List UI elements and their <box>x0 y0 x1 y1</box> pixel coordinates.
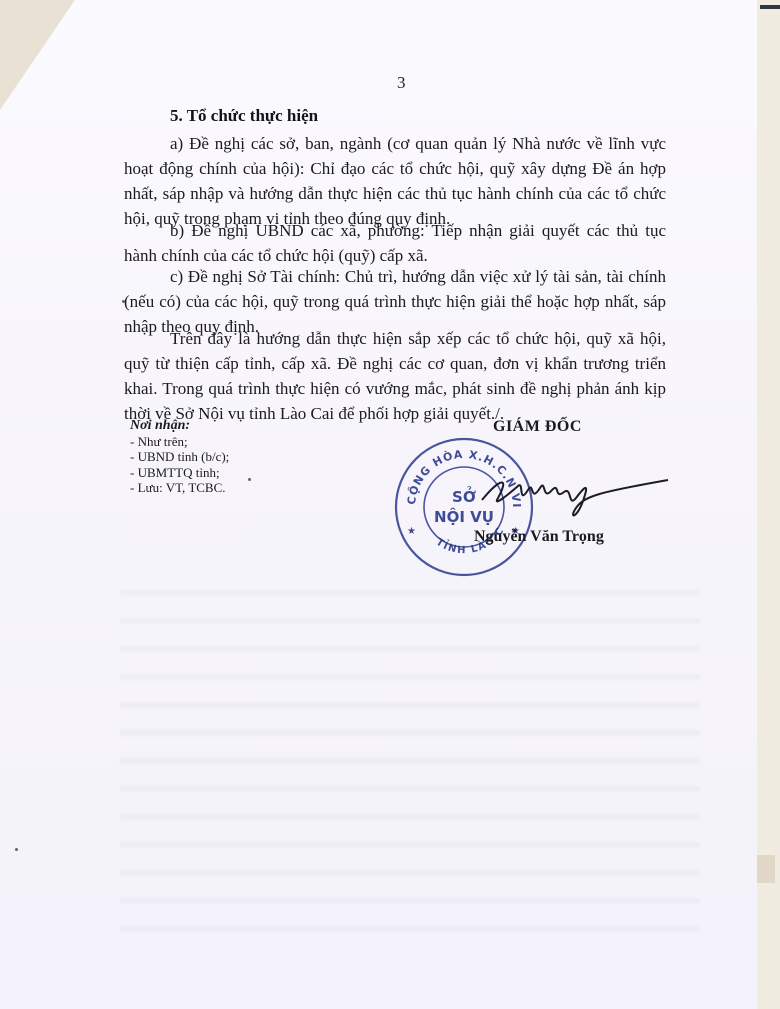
folded-corner <box>0 0 75 110</box>
recipient-item: - Như trên; <box>130 434 229 450</box>
scan-speck <box>15 848 18 851</box>
signer-name: Nguyễn Văn Trọng <box>474 528 604 546</box>
paragraph-b: b) Đề nghị UBND các xã, phường: Tiếp nhậ… <box>124 218 666 268</box>
document-page: 3 5. Tổ chức thực hiện a) Đề nghị các sở… <box>0 0 757 1009</box>
svg-text:SỞ: SỞ <box>452 485 476 506</box>
recipient-item: - UBMTTQ tỉnh; <box>130 465 229 481</box>
page-number: 3 <box>397 73 406 93</box>
scan-speck <box>248 478 251 481</box>
paragraph-a: a) Đề nghị các sở, ban, ngành (cơ quan q… <box>124 131 666 231</box>
recipients-title: Nơi nhận: <box>130 418 229 434</box>
svg-text:★: ★ <box>407 526 416 537</box>
recipient-item: - UBND tỉnh (b/c); <box>130 449 229 465</box>
scan-edge-mark <box>760 5 780 9</box>
recipients-block: Nơi nhận: - Như trên; - UBND tỉnh (b/c);… <box>130 418 229 496</box>
bleed-through-text <box>120 590 700 950</box>
closing-paragraph: Trên đây là hướng dẫn thực hiện sắp xếp … <box>124 326 666 426</box>
signer-title: GIÁM ĐỐC <box>493 418 582 436</box>
section-heading: 5. Tổ chức thực hiện <box>170 106 318 126</box>
scan-edge-smudge <box>757 855 775 883</box>
handwritten-signature-icon <box>480 468 670 523</box>
recipient-item: - Lưu: VT, TCBC. <box>130 480 229 496</box>
scan-speck <box>122 300 125 303</box>
